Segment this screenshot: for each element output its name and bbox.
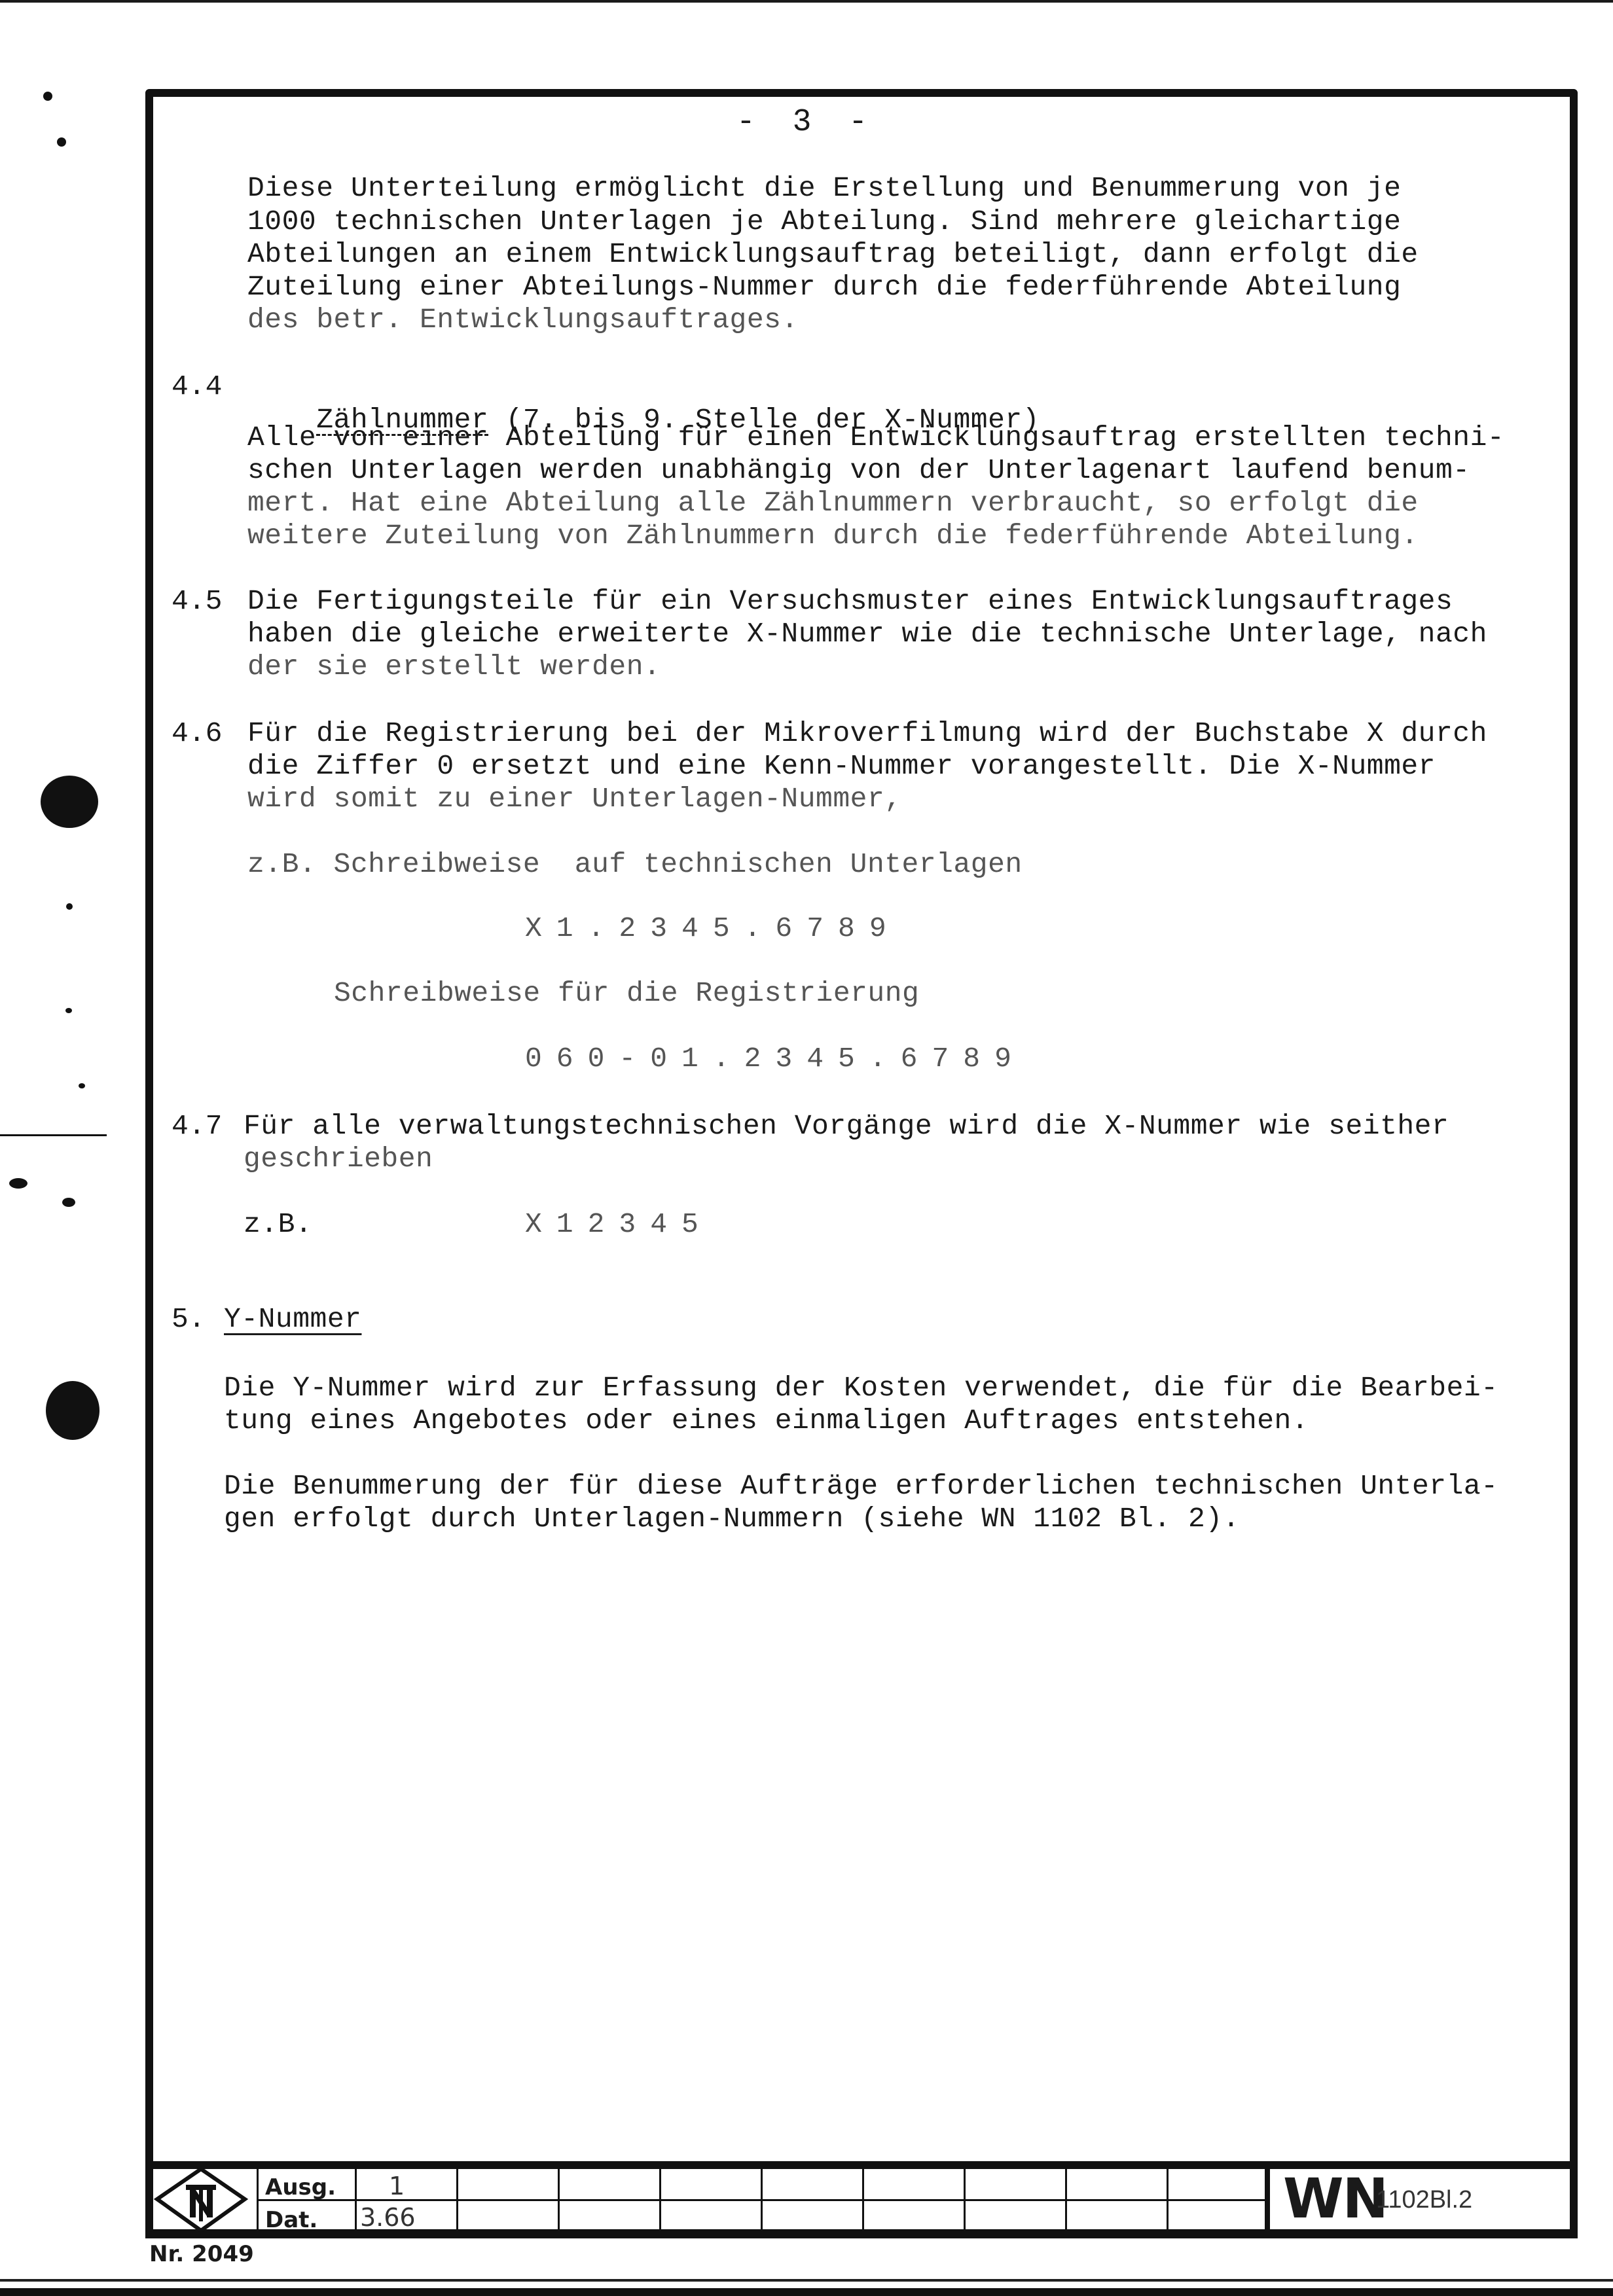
ausg-value: 1	[389, 2172, 405, 2200]
text-line: schen Unterlagen werden unabhängig von d…	[247, 454, 1470, 487]
example-x-number: X12345	[525, 1208, 713, 1241]
registration-label: Schreibweise für die Registrierung	[334, 977, 919, 1010]
top-edge-line	[0, 0, 1613, 3]
wn-label: WN	[1283, 2166, 1387, 2231]
example-x-number: X1.2345.6789	[525, 912, 901, 945]
punch-hole-lower	[46, 1381, 100, 1440]
dat-value: 3.66	[360, 2203, 416, 2232]
page-number: - 3 -	[0, 105, 1613, 140]
text-line: Für die Registrierung bei der Mikroverfi…	[247, 717, 1487, 750]
text-line: Für alle verwaltungstechnischen Vorgänge…	[244, 1109, 1449, 1143]
margin-rule	[0, 1134, 107, 1136]
section-title: Y-Nummer	[224, 1303, 361, 1335]
text-line: der sie erstellt werden.	[247, 650, 661, 683]
section-number: 4.4	[172, 370, 222, 403]
bottom-edge-line	[0, 2279, 1613, 2282]
bottom-edge-bar	[0, 2288, 1613, 2296]
scan-speck	[9, 1178, 27, 1189]
form-number: Nr. 2049	[149, 2241, 254, 2267]
text-line: Die Fertigungsteile für ein Versuchsmust…	[247, 584, 1453, 618]
text-line: weitere Zuteilung von Zählnummern durch …	[247, 519, 1419, 552]
text-line: Diese Unterteilung ermöglicht die Erstel…	[247, 171, 1401, 205]
section-number: 5.	[172, 1302, 206, 1336]
text-line: Die Y-Nummer wird zur Erfassung der Kost…	[224, 1371, 1498, 1405]
wn-number: 1102Bl.2	[1376, 2186, 1472, 2214]
text-line: tung eines Angebotes oder eines einmalig…	[224, 1404, 1309, 1437]
text-line: haben die gleiche erweiterte X-Nummer wi…	[247, 617, 1487, 651]
scan-speck	[79, 1083, 85, 1088]
scan-speck	[43, 92, 52, 101]
text-line: die Ziffer 0 ersetzt und eine Kenn-Numme…	[247, 749, 1436, 783]
scan-speck	[65, 1008, 72, 1013]
punch-hole-upper	[41, 776, 98, 828]
text-line: mert. Hat eine Abteilung alle Zählnummer…	[247, 486, 1419, 520]
text-line: gen erfolgt durch Unterlagen-Nummern (si…	[224, 1502, 1240, 1535]
text-line: Zuteilung einer Abteilungs-Nummer durch …	[247, 270, 1401, 304]
text-line: des betr. Entwicklungsauftrages.	[247, 303, 799, 336]
section-number: 4.7	[172, 1109, 222, 1143]
text-line: geschrieben	[244, 1142, 433, 1175]
section-number: 4.6	[172, 717, 222, 750]
registration-number: 060-01.2345.6789	[525, 1042, 1026, 1075]
dat-label: Dat.	[265, 2207, 317, 2233]
text-line: 1000 technischen Unterlagen je Abteilung…	[247, 205, 1401, 238]
section-number: 4.5	[172, 584, 222, 618]
tn-logo-icon	[152, 2166, 250, 2232]
text-line: wird somit zu einer Unterlagen-Nummer,	[247, 782, 902, 816]
example-label: z.B. Schreibweise auf technischen Unterl…	[247, 848, 1023, 881]
text-line: Alle von einer Abteilung für einen Entwi…	[247, 421, 1504, 454]
text-line: Abteilungen an einem Entwicklungsauftrag…	[247, 238, 1419, 271]
ausg-label: Ausg.	[265, 2174, 336, 2200]
row-divider	[259, 2199, 1270, 2201]
logo-cell	[145, 2169, 259, 2229]
text-line: Die Benummerung der für diese Aufträge e…	[224, 1469, 1498, 1503]
scan-speck	[66, 903, 73, 910]
title-block: Ausg. Dat. 1 3.66 WN 1102Bl.2	[145, 2161, 1578, 2238]
example-label: z.B.	[244, 1208, 312, 1241]
scan-speck	[62, 1198, 75, 1207]
